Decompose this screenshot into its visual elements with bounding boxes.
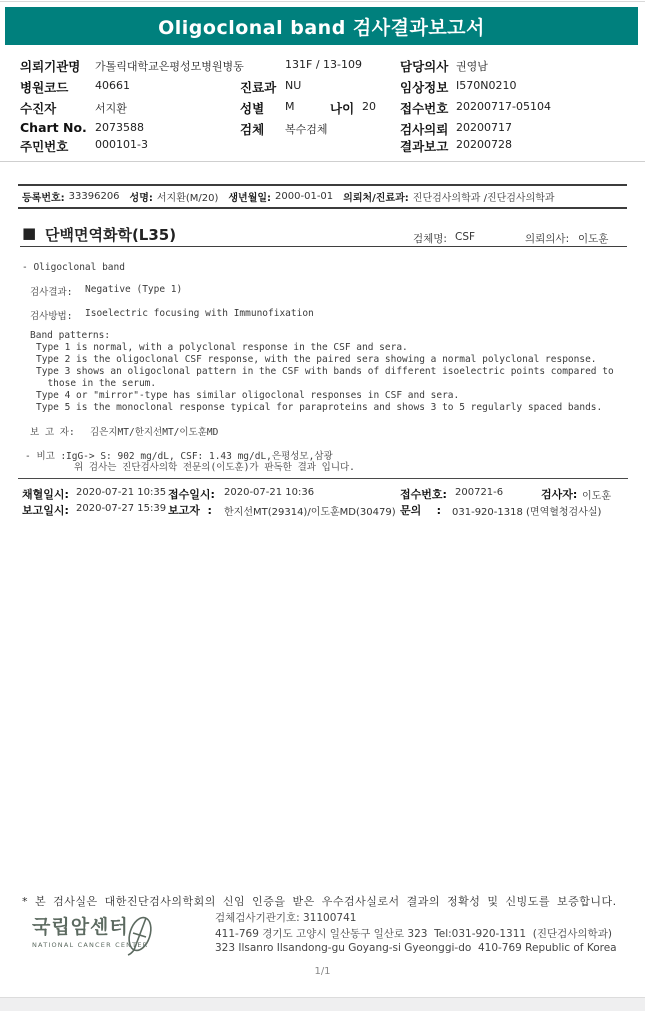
reporter-name-label: 보고자 : xyxy=(168,502,212,518)
certification-note: * 본 검사실은 대한진단검사의학회의 신임 인증을 받은 우수검사실로서 결과… xyxy=(22,893,617,909)
org-code-line: 검체검사기관기호: 31100741 xyxy=(215,910,356,925)
note-label: - 비고 : xyxy=(25,448,66,462)
collected-label: 채혈일시: xyxy=(22,486,69,502)
section-title: 단백면역화학(L35) xyxy=(45,224,176,245)
ncc-logo-korean: 국립암센터 xyxy=(32,912,129,939)
band-pattern-line: Type 3 shows an oligoclonal pattern in t… xyxy=(36,366,614,377)
method-label: 검사방법: xyxy=(30,308,72,322)
accession-no-value: 200721-6 xyxy=(455,487,503,498)
chart-no-label: Chart No. xyxy=(20,120,87,135)
org-name-value: 가톨릭대학교은평성모병원병동 xyxy=(95,58,244,74)
reporter-label: 보 고 자: xyxy=(30,424,75,438)
name-label: 성명: xyxy=(130,189,153,204)
band-pattern-line: Type 1 is normal, with a polyclonal resp… xyxy=(36,342,408,353)
contact-value: 031-920-1318 (면역혈청검사실) xyxy=(452,503,601,518)
specimen-value: 복수검체 xyxy=(285,121,328,137)
reg-no-label: 등록번호: xyxy=(22,189,65,204)
sex-label: 성별 xyxy=(240,99,264,117)
specimen-name-label: 검체명: xyxy=(413,231,447,246)
specimen-label: 검체 xyxy=(240,120,264,138)
leaf-icon xyxy=(122,913,156,957)
bottom-window-edge xyxy=(0,997,645,1011)
accession-no-label: 접수번호: xyxy=(400,486,447,502)
org-address-kr: 411-769 경기도 고양시 일산동구 일산로 323 Tel:031-920… xyxy=(215,926,612,941)
registration-strip: 등록번호: 33396206 성명: 서지환(M/20) 생년월일: 2000-… xyxy=(18,184,627,209)
page-number: 1/1 xyxy=(0,966,645,977)
patient-label: 수진자 xyxy=(20,99,56,117)
clinical-info-label: 임상정보 xyxy=(400,78,448,96)
band-pattern-line: Type 4 or "mirror"-type has similar olig… xyxy=(36,390,459,401)
band-patterns-title: Band patterns: xyxy=(30,330,110,341)
hospital-code-label: 병원코드 xyxy=(20,78,68,96)
org-name-label: 의뢰기관명 xyxy=(20,57,80,75)
received-label: 접수일시: xyxy=(168,486,215,502)
received-value: 2020-07-21 10:36 xyxy=(224,487,314,498)
band-pattern-line: Type 5 is the monoclonal response typica… xyxy=(36,402,602,413)
birth-value: 2000-01-01 xyxy=(275,191,333,202)
top-edge-line xyxy=(0,1,645,2)
attending-value: 권영남 xyxy=(456,58,488,74)
contact-label: 문의 : xyxy=(400,502,441,518)
examiner-value: 이도훈 xyxy=(582,487,611,502)
report-date-label: 결과보고 xyxy=(400,137,448,155)
reporter-name-value: 한지선MT(29314)/이도훈MD(30479) xyxy=(224,503,396,518)
test-name: - Oligoclonal band xyxy=(22,262,125,273)
report-title-banner: Oligoclonal band 검사결과보고서 xyxy=(5,7,638,45)
result-value: Negative (Type 1) xyxy=(85,284,182,295)
specimen-name-value: CSF xyxy=(455,231,475,243)
report-title: Oligoclonal band 검사결과보고서 xyxy=(158,13,485,40)
ref-doctor-value: 이도훈 xyxy=(578,231,608,246)
method-value: Isoelectric focusing with Immunofixation xyxy=(85,308,314,319)
footer-divider xyxy=(18,478,628,479)
age-label: 나이 xyxy=(330,99,354,117)
lab-report-page: Oligoclonal band 검사결과보고서 의뢰기관명 가톨릭대학교은평성… xyxy=(0,0,645,1011)
examiner-label: 검사자: xyxy=(541,486,577,502)
accession-label: 접수번호 xyxy=(400,99,448,117)
name-value: 서지환(M/20) xyxy=(157,189,219,204)
reported-value: 2020-07-27 15:39 xyxy=(76,503,166,514)
department-label: 진료과 xyxy=(240,78,276,96)
chart-no-value: 2073588 xyxy=(95,121,144,134)
ref-doctor-label: 의뢰의사: xyxy=(525,231,569,246)
clinical-info-value: I570N0210 xyxy=(456,79,516,92)
note-line-2: 위 검사는 진단검사의학 전문의(이도훈)가 판독한 결과 입니다. xyxy=(74,459,355,473)
order-date-label: 검사의뢰 xyxy=(400,120,448,138)
resident-id-value: 000101-3 xyxy=(95,138,148,151)
birth-label: 생년월일: xyxy=(228,189,271,204)
result-label: 검사결과: xyxy=(30,284,72,298)
attending-label: 담당의사 xyxy=(400,57,448,75)
report-date-value: 20200728 xyxy=(456,138,512,151)
age-value: 20 xyxy=(362,100,376,113)
section-divider-light xyxy=(0,161,645,162)
band-pattern-line: those in the serum. xyxy=(36,378,156,389)
order-date-value: 20200717 xyxy=(456,121,512,134)
department-value: NU xyxy=(285,79,301,92)
band-pattern-line: Type 2 is the oligoclonal CSF response, … xyxy=(36,354,597,365)
patient-value: 서지환 xyxy=(95,100,127,116)
hospital-code-value: 40661 xyxy=(95,79,130,92)
referral-dept-value: 진단검사의학과 /진단검사의학과 xyxy=(413,189,555,204)
reported-label: 보고일시: xyxy=(22,502,69,518)
accession-value: 20200717-05104 xyxy=(456,100,551,113)
collected-value: 2020-07-21 10:35 xyxy=(76,487,166,498)
reg-no-value: 33396206 xyxy=(69,191,120,202)
resident-id-label: 주민번호 xyxy=(20,137,68,155)
section-underline xyxy=(20,246,627,247)
org-address-en: 323 Ilsanro Ilsandong-gu Goyang-si Gyeon… xyxy=(215,942,617,954)
sex-value: M xyxy=(285,100,295,113)
section-bullet-icon: ■ xyxy=(22,224,36,242)
referral-dept-label: 의뢰처/진료과: xyxy=(343,189,409,204)
reporter-value: 김은지MT/한지선MT/이도훈MD xyxy=(90,424,218,438)
ward-value: 131F / 13-109 xyxy=(285,58,362,71)
